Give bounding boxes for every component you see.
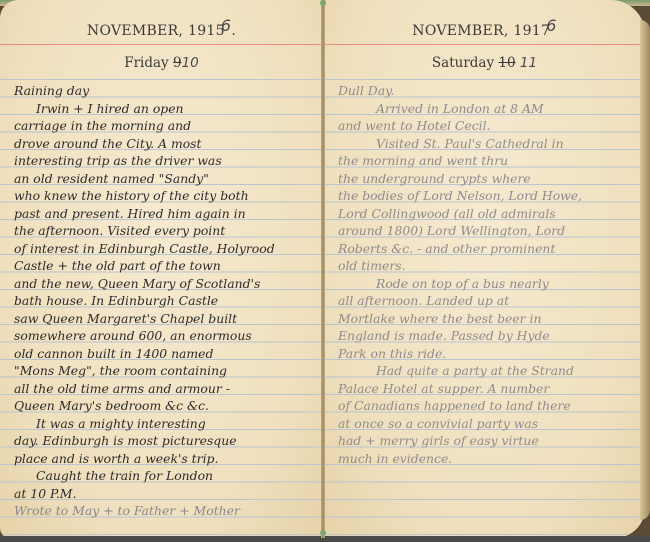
entry-line: Castle + the old part of the town bbox=[14, 257, 315, 275]
right-diary-entry: Dull Day. Arrived in London at 8 AM and … bbox=[338, 78, 637, 463]
header-red-rule bbox=[0, 44, 323, 45]
entry-line: drove around the City. A most bbox=[14, 135, 315, 153]
entry-line: place and is worth a week's trip. bbox=[14, 450, 315, 468]
left-month-printed: NOVEMBER, 191 bbox=[87, 23, 216, 39]
left-printed-date: 9 bbox=[173, 55, 182, 71]
entry-line: and went to Hotel Cecil. bbox=[338, 117, 637, 135]
entry-line: It was a mighty interesting bbox=[14, 415, 315, 433]
entry-line: day. Edinburgh is most picturesque bbox=[14, 432, 315, 450]
entry-line: Visited St. Paul's Cathedral in bbox=[338, 135, 637, 153]
entry-line: at 10 P.M. bbox=[14, 485, 315, 503]
entry-line: Rode on top of a bus nearly bbox=[338, 275, 637, 293]
entry-line: Mortlake where the best beer in bbox=[338, 310, 637, 328]
entry-line: Had quite a party at the Strand bbox=[338, 362, 637, 380]
entry-line: and the new, Queen Mary of Scotland's bbox=[14, 275, 315, 293]
right-day-header: Saturday 10 11 bbox=[324, 55, 645, 71]
binding-thread-bottom bbox=[320, 530, 326, 536]
right-month-correction: 6 bbox=[546, 16, 556, 35]
left-month-correction: 6 bbox=[221, 16, 231, 35]
open-diary: NOVEMBER, 19156. Friday 910 Raining day … bbox=[0, 0, 650, 542]
entry-line: all the old time arms and armour - bbox=[14, 380, 315, 398]
entry-line: bath house. In Edinburgh Castle bbox=[14, 292, 315, 310]
right-handwritten-date: 11 bbox=[520, 55, 537, 71]
right-page: NOVEMBER, 19176 Saturday 10 11 Dull Day.… bbox=[324, 0, 645, 538]
entry-line: an old resident named "Sandy" bbox=[14, 170, 315, 188]
entry-line: Lord Collingwood (all old admirals bbox=[338, 205, 637, 223]
entry-line: Roberts &c. - and other prominent bbox=[338, 240, 637, 258]
left-weekday: Friday bbox=[124, 55, 168, 71]
entry-line: the morning and went thru bbox=[338, 152, 637, 170]
entry-line: Arrived in London at 8 AM bbox=[338, 100, 637, 118]
page-edges bbox=[640, 20, 650, 520]
entry-line: Palace Hotel at supper. A number bbox=[338, 380, 637, 398]
left-month-header: NOVEMBER, 19156. bbox=[0, 20, 323, 39]
entry-line: Raining day bbox=[14, 82, 315, 100]
left-page: NOVEMBER, 19156. Friday 910 Raining day … bbox=[0, 0, 323, 538]
left-month-suffix: . bbox=[231, 23, 236, 39]
entry-line: interesting trip as the driver was bbox=[14, 152, 315, 170]
background-surface bbox=[0, 536, 650, 542]
entry-line: the bodies of Lord Nelson, Lord Howe, bbox=[338, 187, 637, 205]
entry-line: all afternoon. Landed up at bbox=[338, 292, 637, 310]
left-day-header: Friday 910 bbox=[0, 55, 323, 71]
entry-line: around 1800) Lord Wellington, Lord bbox=[338, 222, 637, 240]
entry-line: past and present. Hired him again in bbox=[14, 205, 315, 223]
right-month-header: NOVEMBER, 19176 bbox=[324, 20, 645, 39]
book-binding bbox=[321, 0, 325, 538]
entry-line: England is made. Passed by Hyde bbox=[338, 327, 637, 345]
entry-line: Caught the train for London bbox=[14, 467, 315, 485]
left-handwritten-date: 10 bbox=[182, 55, 199, 71]
binding-thread-top bbox=[320, 0, 326, 6]
right-month-printed: NOVEMBER, 191 bbox=[412, 23, 541, 39]
entry-line: saw Queen Margaret's Chapel built bbox=[14, 310, 315, 328]
entry-line: old cannon built in 1400 named bbox=[14, 345, 315, 363]
right-weekday: Saturday bbox=[432, 55, 494, 71]
entry-footnote: Wrote to May + to Father + Mother bbox=[14, 502, 315, 520]
entry-line: the underground crypts where bbox=[338, 170, 637, 188]
entry-line: Dull Day. bbox=[338, 82, 637, 100]
entry-line: somewhere around 600, an enormous bbox=[14, 327, 315, 345]
entry-line: the afternoon. Visited every point bbox=[14, 222, 315, 240]
left-diary-entry: Raining day Irwin + I hired an open carr… bbox=[14, 78, 315, 516]
entry-line: of Canadians happened to land there bbox=[338, 397, 637, 415]
entry-line: had + merry girls of easy virtue bbox=[338, 432, 637, 450]
entry-line: Irwin + I hired an open bbox=[14, 100, 315, 118]
entry-line: who knew the history of the city both bbox=[14, 187, 315, 205]
right-printed-date: 10 bbox=[498, 55, 515, 71]
header-red-rule bbox=[324, 44, 645, 45]
entry-line: much in evidence. bbox=[338, 450, 637, 468]
entry-line: of interest in Edinburgh Castle, Holyroo… bbox=[14, 240, 315, 258]
entry-line: "Mons Meg", the room containing bbox=[14, 362, 315, 380]
entry-line: Park on this ride. bbox=[338, 345, 637, 363]
entry-line: old timers. bbox=[338, 257, 637, 275]
entry-line: carriage in the morning and bbox=[14, 117, 315, 135]
entry-line: at once so a convivial party was bbox=[338, 415, 637, 433]
entry-line: Queen Mary's bedroom &c &c. bbox=[14, 397, 315, 415]
